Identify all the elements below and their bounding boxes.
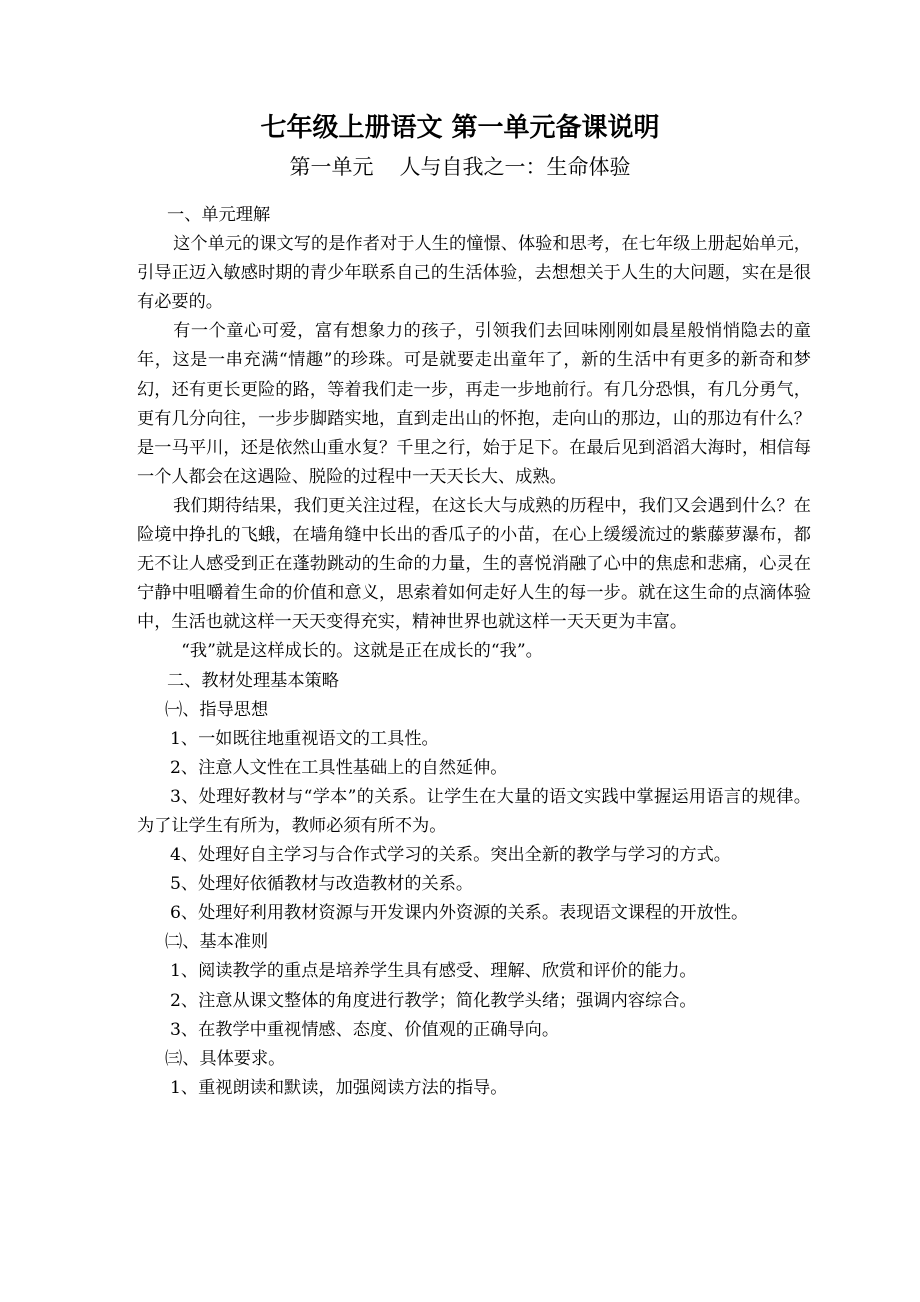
subsection-heading-basic-principles: ㈡、基本准则	[137, 928, 811, 957]
document-page: 七年级上册语文 第一单元备课说明 第一单元人与自我之一：生命体验 一、单元理解 …	[0, 0, 920, 1302]
paragraph: 我们期待结果，我们更关注过程，在这长大与成熟的历程中，我们又会遇到什么？在险境中…	[137, 492, 811, 637]
list-item: 5、处理好依循教材与改造教材的关系。	[137, 870, 811, 899]
section-heading-strategy: 二、教材处理基本策略	[137, 667, 811, 696]
document-subtitle: 第一单元人与自我之一：生命体验	[0, 151, 920, 183]
list-item: 4、处理好自主学习与合作式学习的关系。突出全新的教学与学习的方式。	[137, 841, 811, 870]
document-body: 一、单元理解 这个单元的课文写的是作者对于人生的憧憬、体验和思考，在七年级上册起…	[137, 201, 811, 1103]
list-item: 2、注意从课文整体的角度进行教学；简化教学头绪；强调内容综合。	[137, 987, 811, 1016]
list-item: 1、一如既往地重视语文的工具性。	[137, 725, 811, 754]
list-item: 2、注意人文性在工具性基础上的自然延伸。	[137, 754, 811, 783]
list-item: 1、阅读教学的重点是培养学生具有感受、理解、欣赏和评价的能力。	[137, 957, 811, 986]
paragraph: 这个单元的课文写的是作者对于人生的憧憬、体验和思考，在七年级上册起始单元，引导正…	[137, 230, 811, 317]
list-item: 6、处理好利用教材资源与开发课内外资源的关系。表现语文课程的开放性。	[137, 899, 811, 928]
list-item: 3、在教学中重视情感、态度、价值观的正确导向。	[137, 1016, 811, 1045]
paragraph: “我”就是这样成长的。这就是正在成长的“我”。	[137, 637, 811, 666]
document-title: 七年级上册语文 第一单元备课说明	[0, 110, 920, 146]
subsection-heading-specific-requirements: ㈢、具体要求。	[137, 1045, 811, 1074]
subtitle-theme: 人与自我之一：生命体验	[400, 155, 631, 179]
subtitle-unit: 第一单元	[290, 155, 374, 179]
subsection-heading-guiding-thought: ㈠、指导思想	[137, 696, 811, 725]
section-heading-unit-understanding: 一、单元理解	[137, 201, 811, 230]
list-item: 1、重视朗读和默读，加强阅读方法的指导。	[137, 1074, 811, 1103]
paragraph: 有一个童心可爱，富有想象力的孩子，引领我们去回味刚刚如晨星般悄悄隐去的童年，这是…	[137, 317, 811, 492]
list-item: 3、处理好教材与“学本”的关系。让学生在大量的语文实践中掌握运用语言的规律。为了…	[137, 783, 811, 841]
